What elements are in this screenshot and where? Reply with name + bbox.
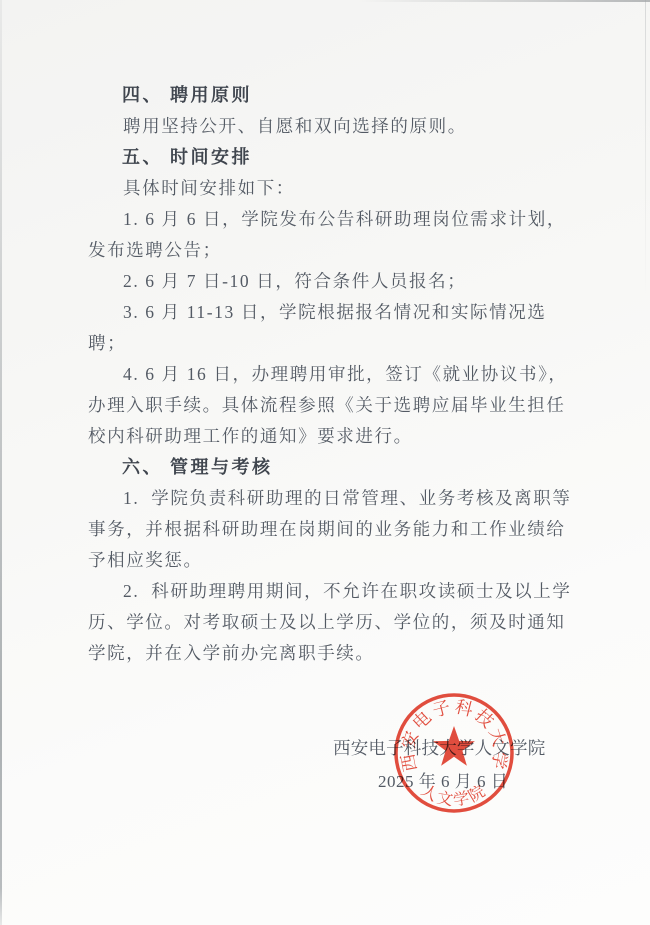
star-icon [433,726,475,766]
text-line: 发布选聘公告； [88,235,574,266]
official-seal: 西安电子科技大学 人文学院 [390,688,530,828]
page-edge-left [0,0,2,925]
text-line: 聘用坚持公开、自愿和双向选择的原则。 [88,111,574,142]
section-heading: 六、 管理与考核 [88,452,574,483]
text-line: 办理入职手续。具体流程参照《关于选聘应届毕业生担任 [88,390,574,421]
text-line: 历、学位。对考取硕士及以上学历、学位的，须及时通知 [88,607,574,638]
text-line: 学院，并在入学前办完离职手续。 [88,638,574,669]
page-edge-right [645,0,646,300]
text-line: 校内科研助理工作的通知》要求进行。 [88,421,574,452]
text-line: 4. 6 月 16 日，办理聘用审批，签订《就业协议书》， [88,359,574,390]
text-line: 2. 6 月 7 日-10 日，符合条件人员报名； [88,266,574,297]
text-line: 具体时间安排如下： [88,173,574,204]
text-line: 聘； [88,328,574,359]
text-line: 1. 6 月 6 日，学院发布公告科研助理岗位需求计划， [88,204,574,235]
scanned-document-page: 四、 聘用原则聘用坚持公开、自愿和双向选择的原则。五、 时间安排具体时间安排如下… [0,0,650,925]
text-line: 3. 6 月 11-13 日，学院根据报名情况和实际情况选 [88,297,574,328]
document-body: 四、 聘用原则聘用坚持公开、自愿和双向选择的原则。五、 时间安排具体时间安排如下… [88,80,574,669]
text-line: 1. 学院负责科研助理的日常管理、业务考核及离职等 [88,483,574,514]
text-line: 予相应奖惩。 [88,545,574,576]
text-line: 事务，并根据科研助理在岗期间的业务能力和工作业绩给 [88,514,574,545]
section-heading: 四、 聘用原则 [88,80,574,111]
page-edge-top [358,0,650,2]
section-heading: 五、 时间安排 [88,142,574,173]
text-line: 2. 科研助理聘用期间，不允许在职攻读硕士及以上学 [88,576,574,607]
